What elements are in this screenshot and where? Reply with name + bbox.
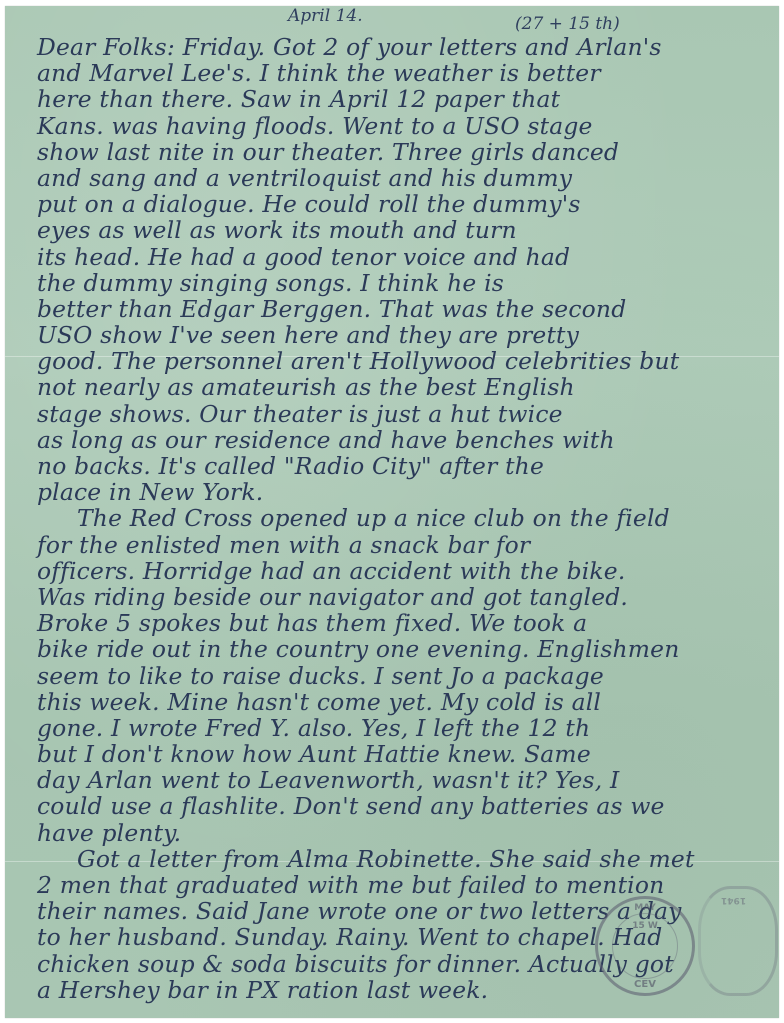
letter-line: could use a flashlite. Don't send any ba… [37,793,779,819]
letter-body: Dear Folks: Friday. Got 2 of your letter… [37,34,779,1003]
postmark-faded-text: 1941 [721,895,746,905]
postmark-top-text: MAY [598,903,692,913]
letter-line: show last nite in our theater. Three gir… [37,139,779,165]
letter-line: better than Edgar Berggen. That was the … [37,296,779,322]
postmark-center: 15 W [612,913,678,979]
letter-line: Was riding beside our navigator and got … [37,584,779,610]
letter-line: Dear Folks: Friday. Got 2 of your letter… [37,34,779,60]
letter-line: officers. Horridge had an accident with … [37,558,779,584]
letter-line: but I don't know how Aunt Hattie knew. S… [37,741,779,767]
letter-line: Kans. was having floods. Went to a USO s… [37,113,779,139]
letter-line: eyes as well as work its mouth and turn [37,217,779,243]
letter-line: seem to like to raise ducks. I sent Jo a… [37,663,779,689]
letter-line: and sang and a ventriloquist and his dum… [37,165,779,191]
letter-line: its head. He had a good tenor voice and … [37,244,779,270]
letter-line: for the enlisted men with a snack bar fo… [37,532,779,558]
letter-line: put on a dialogue. He could roll the dum… [37,191,779,217]
letter-line: gone. I wrote Fred Y. also. Yes, I left … [37,715,779,741]
letter-line: 2 men that graduated with me but failed … [37,872,779,898]
letter-line: place in New York. [37,479,779,505]
letter-header-note: (27 + 15 th) [515,14,620,34]
postmark-bottom-text: CEV [598,979,692,990]
letter-line: and Marvel Lee's. I think the weather is… [37,60,779,86]
letter-line: here than there. Saw in April 12 paper t… [37,86,779,112]
postmark-middle-text: 15 W [632,921,658,931]
letter-line: USO show I've seen here and they are pre… [37,322,779,348]
letter-line: have plenty. [37,820,779,846]
postmark-stamp: MAY 15 W CEV [595,896,695,996]
letter-line: this week. Mine hasn't come yet. My cold… [37,689,779,715]
letter-line: no backs. It's called "Radio City" after… [37,453,779,479]
letter-line: day Arlan went to Leavenworth, wasn't it… [37,767,779,793]
letter-paper: April 14. (27 + 15 th) Dear Folks: Frida… [5,6,779,1018]
letter-line: not nearly as amateurish as the best Eng… [37,374,779,400]
letter-line: as long as our residence and have benche… [37,427,779,453]
letter-paragraph-start: The Red Cross opened up a nice club on t… [37,505,779,531]
letter-paragraph-start: Got a letter from Alma Robinette. She sa… [37,846,779,872]
letter-line: stage shows. Our theater is just a hut t… [37,401,779,427]
letter-line: good. The personnel aren't Hollywood cel… [37,348,779,374]
letter-date: April 14. [288,6,363,26]
letter-line: Broke 5 spokes but has them fixed. We to… [37,610,779,636]
postmark-stamp-faded: 1941 [698,886,778,996]
letter-line: the dummy singing songs. I think he is [37,270,779,296]
letter-line: bike ride out in the country one evening… [37,636,779,662]
